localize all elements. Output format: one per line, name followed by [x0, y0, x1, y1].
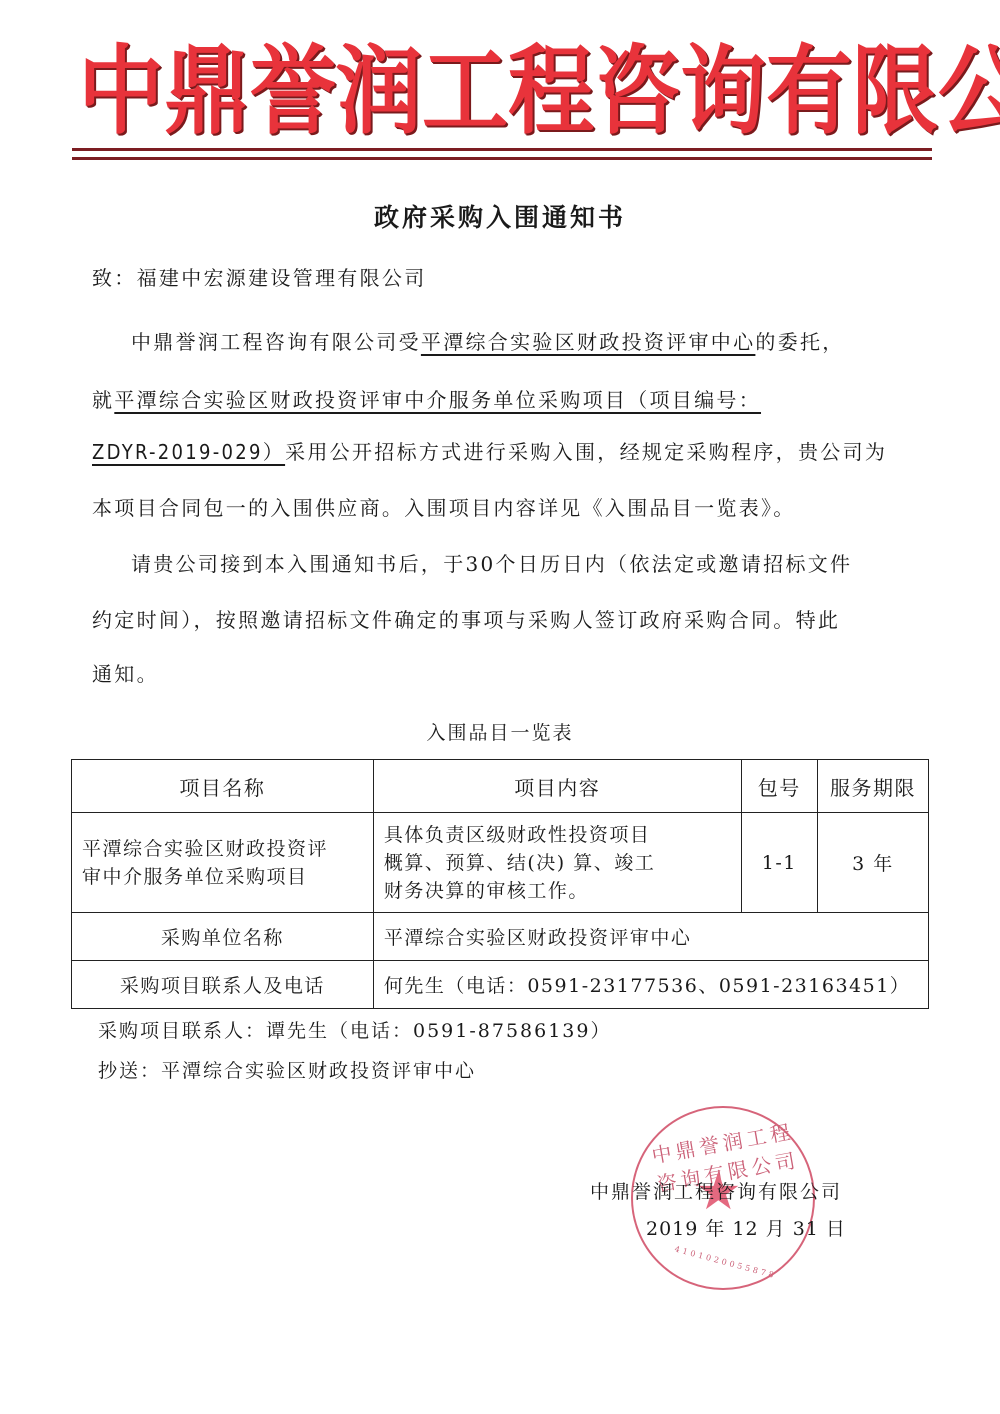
letterhead-company-name: 中 鼎 誉 润 工 程 咨 询 有 限 公 司 [78, 42, 918, 142]
table-caption: 入围品目一览表 [0, 718, 1000, 745]
table-row: 采购项目联系人及电话 何先生（电话：0591-23177536、0591-231… [72, 961, 929, 1009]
body-text: 中鼎誉润工程咨询有限公司受 [131, 330, 421, 354]
recipient-name: 福建中宏源建设管理有限公司 [137, 266, 427, 290]
letterhead-char: 程 [508, 36, 594, 148]
header-package-no: 包号 [741, 760, 817, 813]
signature-date: 2019 年 12 月 31 日 [646, 1214, 846, 1241]
letterhead-rule-bottom [72, 157, 932, 160]
items-table: 项目名称 项目内容 包号 服务期限 平潭综合实验区财政投资评 审中介服务单位采购… [71, 759, 929, 1009]
letterhead-char: 公 [938, 36, 1000, 148]
table-row: 平潭综合实验区财政投资评 审中介服务单位采购项目 具体负责区级财政性投资项目 概… [72, 813, 929, 913]
letterhead-char: 鼎 [164, 36, 250, 148]
recipient-line: 致：福建中宏源建设管理有限公司 [92, 262, 427, 291]
letterhead-char: 润 [336, 36, 422, 148]
letterhead-char: 中 [78, 36, 164, 148]
cell-purchaser-label: 采购单位名称 [72, 913, 374, 961]
body-text: 就 [92, 388, 114, 412]
document-title: 政府采购入围通知书 [0, 198, 1000, 234]
letterhead-char: 有 [766, 36, 852, 148]
body-line: 就平潭综合实验区财政投资评审中介服务单位采购项目（项目编号： [92, 384, 761, 413]
client-name-underlined: 平潭综合实验区财政投资评审中心 [421, 330, 756, 354]
header-project-name: 项目名称 [72, 760, 374, 813]
letterhead-char: 誉 [250, 36, 336, 148]
letterhead-char: 询 [680, 36, 766, 148]
project-number-underlined: ZDYR-2019-029） [92, 440, 285, 464]
table-header-row: 项目名称 项目内容 包号 服务期限 [72, 760, 929, 813]
body-text: 采用公开招标方式进行采购入围，经规定采购程序，贵公司为 [285, 440, 887, 464]
carbon-copy: 抄送：平潭综合实验区财政投资评审中心 [98, 1056, 476, 1083]
cell-package-no: 1-1 [741, 813, 817, 913]
cell-project-name: 平潭综合实验区财政投资评 审中介服务单位采购项目 [72, 813, 374, 913]
body-text: 的委托， [755, 330, 844, 354]
letterhead-char: 咨 [594, 36, 680, 148]
cell-project-content: 具体负责区级财政性投资项目 概算、预算、结(决) 算、竣工 财务决算的审核工作。 [373, 813, 741, 913]
letterhead-char: 限 [852, 36, 938, 148]
body-line: 请贵公司接到本入围通知书后，于30个日历日内（依法定或邀请招标文件 [131, 548, 852, 577]
signature-company: 中鼎誉润工程咨询有限公司 [590, 1177, 842, 1204]
cell-contact-value: 何先生（电话：0591-23177536、0591-23163451） [373, 961, 928, 1009]
cell-contact-label: 采购项目联系人及电话 [72, 961, 374, 1009]
body-line: ZDYR-2019-029）采用公开招标方式进行采购入围，经规定采购程序，贵公司… [92, 436, 887, 465]
recipient-label: 致： [92, 266, 137, 290]
body-line: 约定时间），按照邀请招标文件确定的事项与采购人签订政府采购合同。特此 [92, 604, 840, 633]
table-row: 采购单位名称 平潭综合实验区财政投资评审中心 [72, 913, 929, 961]
body-line: 本项目合同包一的入围供应商。入围项目内容详见《入围品目一览表》。 [92, 492, 796, 521]
letterhead-rule-top [72, 148, 932, 151]
body-line: 通知。 [92, 658, 159, 687]
letterhead-char: 工 [422, 36, 508, 148]
procurement-contact: 采购项目联系人：谭先生（电话：0591-87586139） [98, 1016, 611, 1043]
header-service-term: 服务期限 [817, 760, 928, 813]
header-project-content: 项目内容 [373, 760, 741, 813]
body-line: 中鼎誉润工程咨询有限公司受平潭综合实验区财政投资评审中心的委托， [131, 326, 845, 355]
cell-service-term: 3 年 [817, 813, 928, 913]
cell-purchaser-value: 平潭综合实验区财政投资评审中心 [373, 913, 928, 961]
project-name-underlined: 平潭综合实验区财政投资评审中介服务单位采购项目（项目编号： [114, 388, 761, 412]
seal-serial: 4101020055878 [674, 1245, 778, 1281]
